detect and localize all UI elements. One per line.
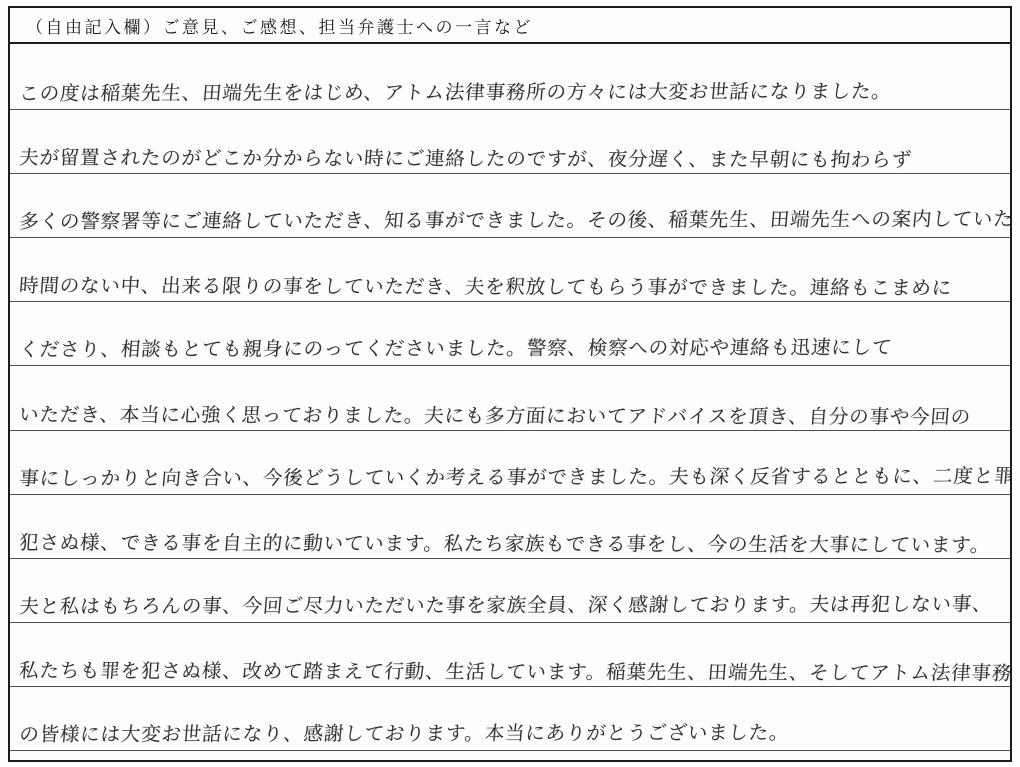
handwritten-text: いただき、本当に心強く思っておりました。夫にも多方面においてアドバイスを頂き、自… bbox=[10, 399, 974, 431]
form-outline: （自由記入欄）ご意見、ご感想、担当弁護士への一言など この度は稲葉先生、田端先生… bbox=[8, 6, 1012, 762]
handwritten-line: いただき、本当に心強く思っておりました。夫にも多方面においてアドバイスを頂き、自… bbox=[10, 366, 1010, 430]
form-header: （自由記入欄）ご意見、ご感想、担当弁護士への一言など bbox=[10, 8, 1010, 44]
handwritten-line: の皆様には大変お世話になり、感謝しております。本当にありがとうございました。 bbox=[10, 687, 1010, 751]
handwritten-line: 夫と私はもちろんの事、今回ご尽力いただいた事を家族全員、深く感謝しております。夫… bbox=[10, 559, 1010, 623]
handwritten-text: 事にしっかりと向き合い、今後どうしていくか考える事ができました。夫も深く反省する… bbox=[10, 460, 1010, 494]
handwritten-text: 夫が留置されたのがどこか分からない時にご連絡したのですが、夜分遅く、また早朝にも… bbox=[10, 142, 915, 174]
handwritten-line: 犯さぬ様、できる事を自主的に動いています。私たち家族もできる事をし、今の生活を大… bbox=[10, 495, 1010, 559]
handwritten-text: この度は稲葉先生、田端先生をはじめ、アトム法律事務所の方々には大変お世話になりま… bbox=[10, 76, 895, 109]
handwritten-text: 多くの警察署等にご連絡していただき、知る事ができました。その後、稲葉先生、田端先… bbox=[10, 204, 1010, 238]
scanned-document: （自由記入欄）ご意見、ご感想、担当弁護士への一言など この度は稲葉先生、田端先生… bbox=[0, 0, 1020, 767]
handwritten-line: この度は稲葉先生、田端先生をはじめ、アトム法律事務所の方々には大変お世話になりま… bbox=[10, 46, 1010, 110]
handwritten-text: くださり、相談もとても親身にのってくださいました。警察、検察への対応や連絡も迅速… bbox=[10, 332, 896, 365]
handwritten-line: 多くの警察署等にご連絡していただき、知る事ができました。その後、稲葉先生、田端先… bbox=[10, 174, 1010, 238]
handwritten-text: 犯さぬ様、できる事を自主的に動いています。私たち家族もできる事をし、今の生活を大… bbox=[10, 527, 993, 559]
handwritten-line: くださり、相談もとても親身にのってくださいました。警察、検察への対応や連絡も迅速… bbox=[10, 302, 1010, 366]
handwritten-line: 事にしっかりと向き合い、今後どうしていくか考える事ができました。夫も深く反省する… bbox=[10, 431, 1010, 495]
bottom-margin bbox=[10, 751, 1010, 760]
handwritten-line: 夫が留置されたのがどこか分からない時にご連絡したのですが、夜分遅く、また早朝にも… bbox=[10, 110, 1010, 174]
handwritten-text: の皆様には大変お世話になり、感謝しております。本当にありがとうございました。 bbox=[10, 717, 793, 750]
handwritten-text: 私たちも罪を犯さぬ様、改めて踏まえて行動、生活しています。稲葉先生、田端先生、そ… bbox=[10, 655, 1010, 687]
comments-section: この度は稲葉先生、田端先生をはじめ、アトム法律事務所の方々には大変お世話になりま… bbox=[10, 44, 1010, 760]
handwritten-text: 時間のない中、出来る限りの事をしていただき、夫を釈放してもらう事ができました。連… bbox=[10, 270, 955, 302]
handwritten-line: 私たちも罪を犯さぬ様、改めて踏まえて行動、生活しています。稲葉先生、田端先生、そ… bbox=[10, 623, 1010, 687]
handwritten-line: 時間のない中、出来る限りの事をしていただき、夫を釈放してもらう事ができました。連… bbox=[10, 238, 1010, 302]
form-header-title: （自由記入欄）ご意見、ご感想、担当弁護士への一言など bbox=[26, 13, 533, 38]
handwritten-text: 夫と私はもちろんの事、今回ご尽力いただいた事を家族全員、深く感謝しております。夫… bbox=[10, 588, 996, 622]
